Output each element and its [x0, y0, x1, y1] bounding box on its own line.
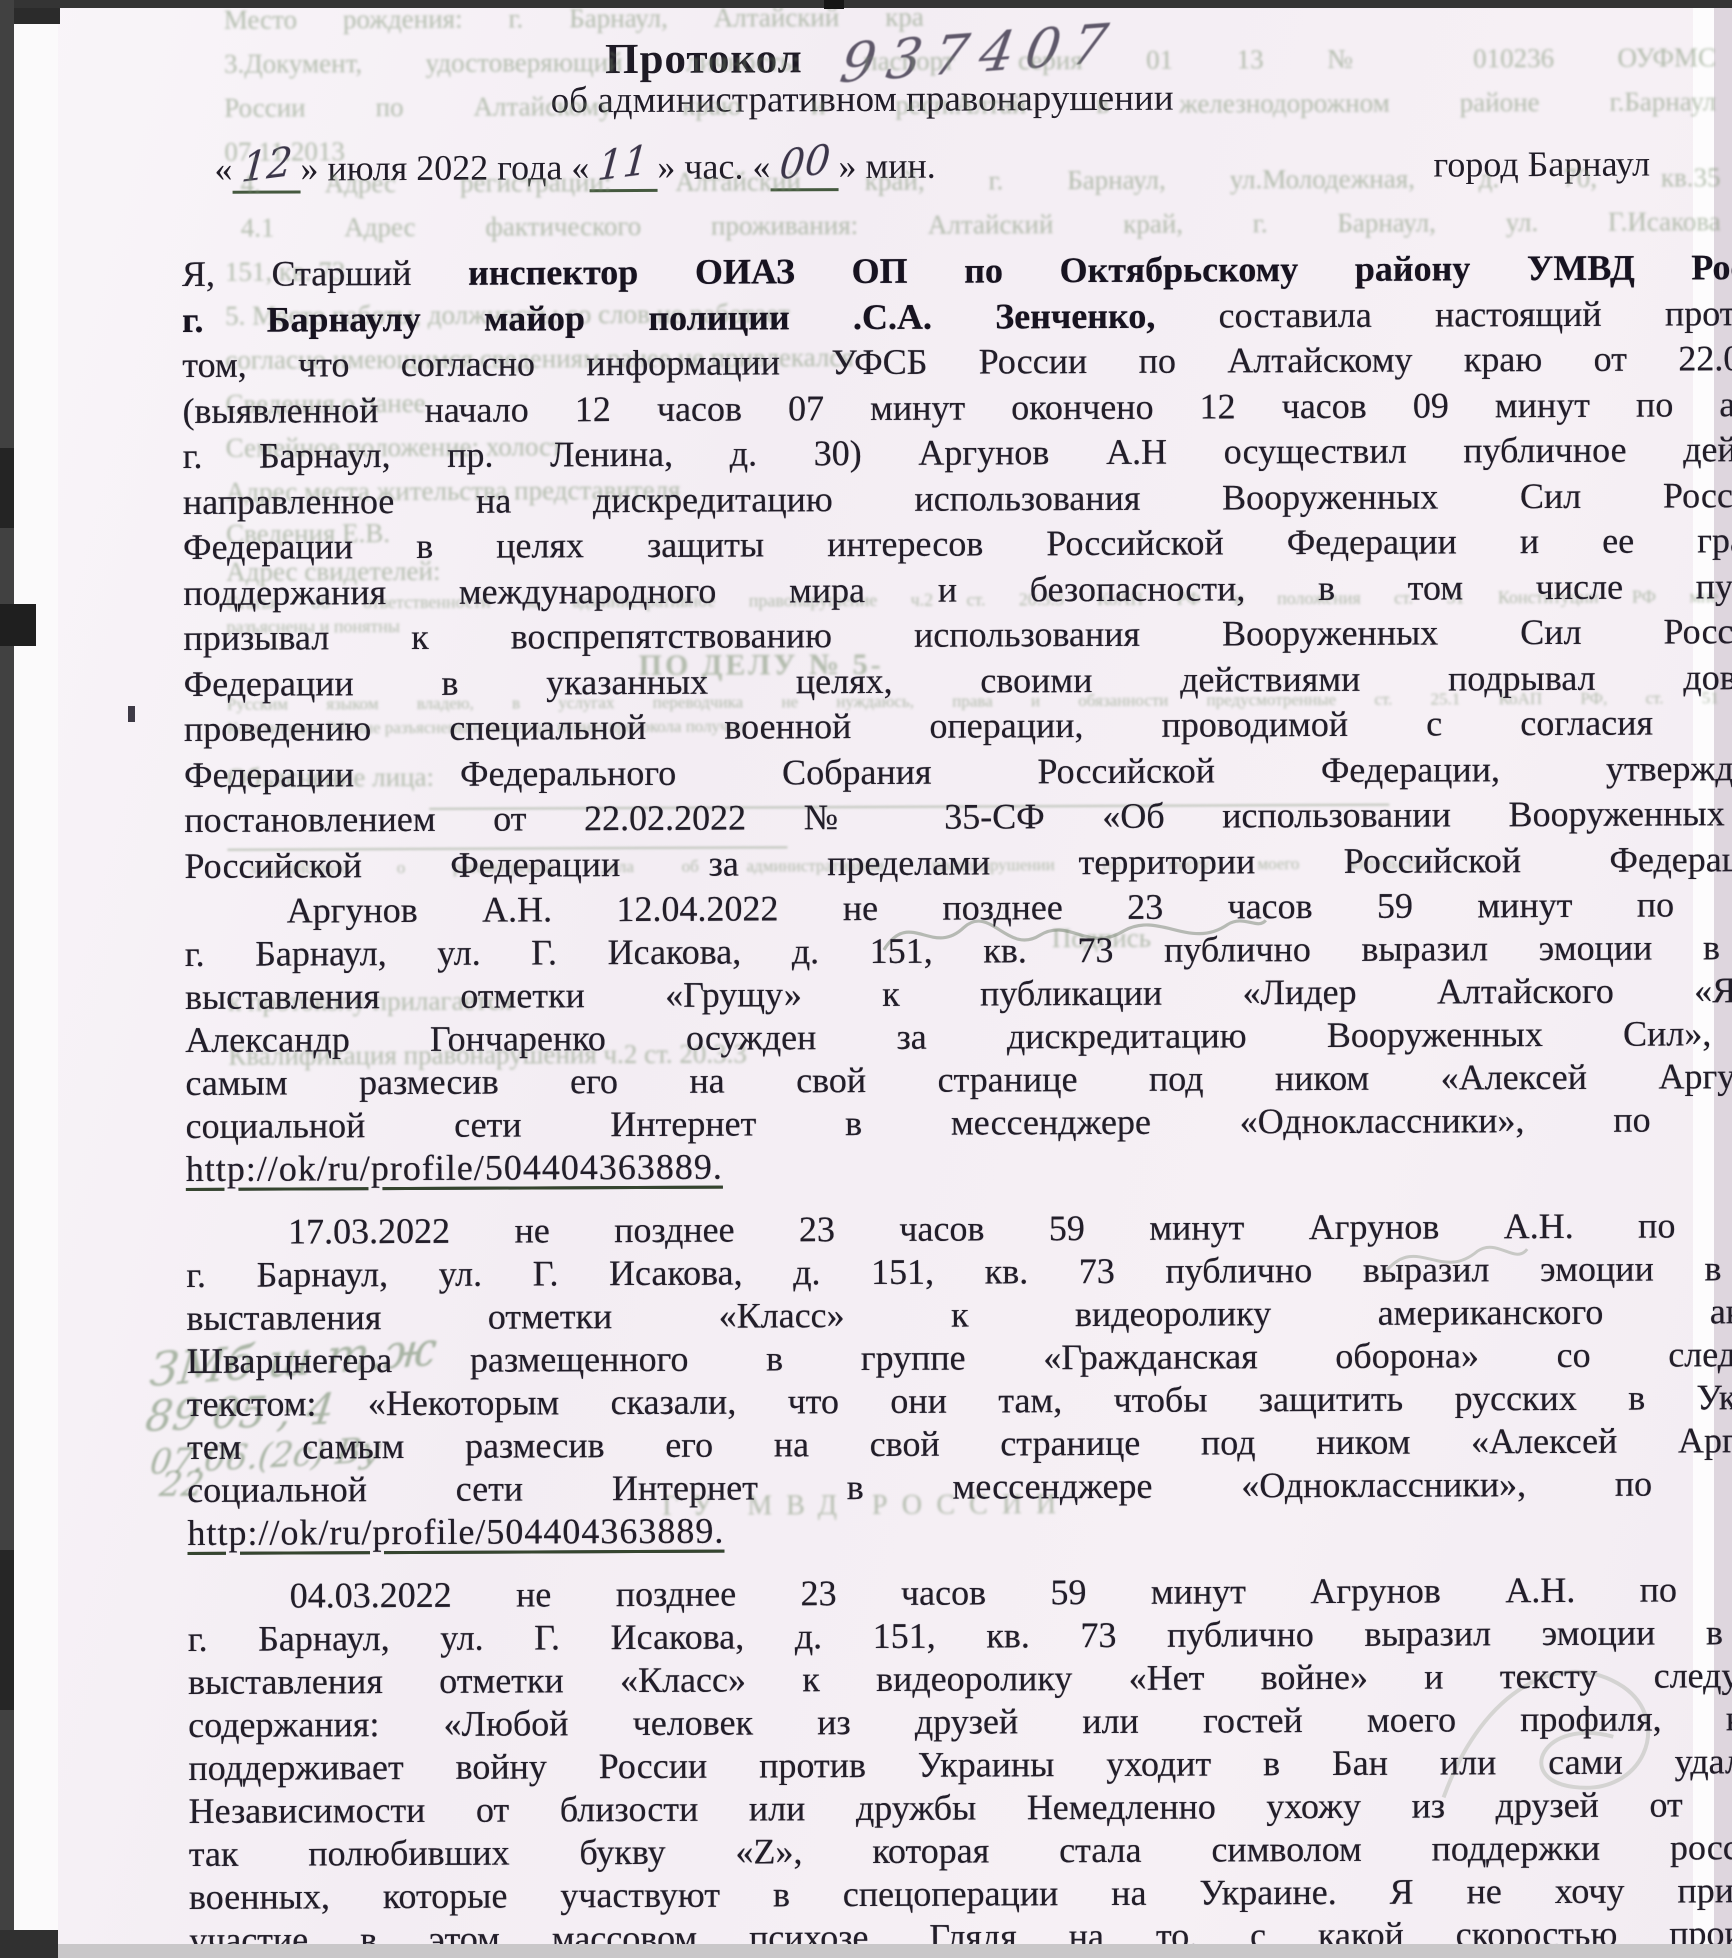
- text-run: содержания: «Любой человек из друзей или…: [188, 1698, 1732, 1745]
- profile-url-text: http://ok/ru/profile/504404363889.: [187, 1512, 724, 1554]
- text-run: постановлением от 22.02.2022 № 35-СФ «Об…: [184, 793, 1732, 840]
- text-run: г. Барнаул, ул. Г. Исакова, д. 151, кв. …: [185, 927, 1732, 974]
- document-text-line: Шварцнегера размещенного в группе «Гражд…: [187, 1335, 1732, 1382]
- text-run: Аргунов А.Н. 12.04.2022 не позднее 23 ча…: [287, 884, 1732, 931]
- body-text-layer: Я, Старший инспектор ОИАЗ ОП по Октябрьс…: [0, 0, 1732, 1958]
- text-run: том, что согласно информации УФСБ России…: [182, 338, 1732, 385]
- document-text-line: Аргунов А.Н. 12.04.2022 не позднее 23 ча…: [185, 885, 1732, 932]
- text-run: 17.03.2022 не позднее 23 часов 59 минут …: [288, 1205, 1732, 1252]
- text-run: (выявленной начало 12 часов 07 минут око…: [182, 383, 1732, 430]
- document-text-line: постановлением от 22.02.2022 № 35-СФ «Об…: [184, 794, 1732, 841]
- text-run: социальной сети Интернет в мессенджере «…: [187, 1463, 1732, 1510]
- document-text-line: поддержания международного мира и безопа…: [183, 566, 1732, 613]
- document-text-line: г. Барнаул, ул. Г. Исакова, д. 151, кв. …: [185, 928, 1732, 975]
- document-text-line: военных, которые участвуют в спецопераци…: [189, 1871, 1732, 1918]
- text-run: поддерживает войну России против Украины…: [188, 1741, 1732, 1788]
- document-text-line: том, что согласно информации УФСБ России…: [182, 339, 1732, 386]
- text-run: Федерации в целях защиты интересов Росси…: [183, 520, 1732, 567]
- text-run: проведению специальной военной операции,…: [184, 702, 1732, 749]
- text-run: поддержания международного мира и безопа…: [183, 565, 1732, 612]
- document-text-line: г. Барнаул, ул. Г. Исакова, д. 151, кв. …: [188, 1613, 1732, 1660]
- text-run: так полюбивших букву «Z», которая стала …: [189, 1827, 1732, 1874]
- text-run: Независимости от близости или дружбы Нем…: [189, 1784, 1732, 1831]
- document-text-line: (выявленной начало 12 часов 07 минут око…: [182, 384, 1732, 431]
- text-run: http://ok/ru/profile/504404363889.: [186, 1147, 723, 1189]
- scan-artifact-mark: [14, 8, 60, 24]
- document-text-line: 04.03.2022 не позднее 23 часов 59 минут …: [188, 1570, 1732, 1617]
- text-run: 04.03.2022 не позднее 23 часов 59 минут …: [290, 1569, 1732, 1616]
- text-run: выставления отметки «Класс» к видеоролик…: [186, 1291, 1732, 1338]
- scan-top-border: [0, 0, 1732, 8]
- text-run: Федерации Федерального Собрания Российск…: [184, 747, 1732, 794]
- text-run: выставления отметки «Класс» к видеоролик…: [188, 1655, 1732, 1702]
- text-run: Я, Старший: [182, 253, 468, 294]
- document-content: Место рождения: г. Барнаул, Алтайский кр…: [0, 0, 1732, 1958]
- document-text-line: самым размесив его на свой странице под …: [185, 1057, 1732, 1104]
- document-text-line: Федерации в целях защиты интересов Росси…: [183, 521, 1732, 568]
- text-run: текстом: «Некоторым сказали, что они там…: [187, 1377, 1732, 1424]
- text-run: Федерации в указанных целях, своими дейс…: [184, 656, 1732, 703]
- text-run: г. Барнаул, ул. Г. Исакова, д. 151, кв. …: [186, 1248, 1732, 1295]
- text-run: выставления отметки «Грущу» к публикации…: [185, 970, 1732, 1017]
- text-run: Шварцнегера размещенного в группе «Гражд…: [187, 1334, 1732, 1381]
- scan-artifact-mark: [0, 1930, 58, 1958]
- document-text-line: призывал к воспрепятствованию использова…: [183, 612, 1732, 659]
- text-run: Российской Федерации за пределами террит…: [184, 838, 1732, 885]
- text-run: г. Барнаулу майор полиции .С.А. Зенченко…: [182, 295, 1155, 339]
- profile-url-text: http://ok/ru/profile/504404363889.: [186, 1148, 723, 1190]
- text-run: социальной сети Интернет в мессенджере «…: [186, 1099, 1732, 1146]
- text-run: самым размесив его на свой странице под …: [185, 1056, 1732, 1103]
- document-text-line: текстом: «Некоторым сказали, что они там…: [187, 1378, 1732, 1425]
- document-text-line: г. Барнаул, ул. Г. Исакова, д. 151, кв. …: [186, 1249, 1732, 1296]
- document-text-line: так полюбивших букву «Z», которая стала …: [189, 1828, 1732, 1875]
- document-text-line: социальной сети Интернет в мессенджере «…: [187, 1464, 1732, 1511]
- document-text-line: проведению специальной военной операции,…: [184, 703, 1732, 750]
- document-text-line: Независимости от близости или дружбы Нем…: [189, 1785, 1732, 1832]
- document-text-line: социальной сети Интернет в мессенджере «…: [186, 1100, 1732, 1147]
- document-text-line: Федерации Федерального Собрания Российск…: [184, 748, 1732, 795]
- document-text-line: тем самым размесив его на свой странице …: [187, 1421, 1732, 1468]
- scan-artifact-mark: [0, 448, 14, 528]
- scan-artifact-mark: [0, 604, 36, 646]
- text-run: военных, которые участвуют в спецопераци…: [189, 1870, 1732, 1917]
- document-text-line: 17.03.2022 не позднее 23 часов 59 минут …: [186, 1206, 1732, 1253]
- document-text-line: г. Барнаул, пр. Ленина, д. 30) Аргунов А…: [183, 430, 1732, 477]
- text-run: Александр Гончаренко осужден за дискреди…: [185, 1013, 1732, 1060]
- scan-artifact-mark: [0, 1550, 14, 1710]
- document-text-line: Я, Старший инспектор ОИАЗ ОП по Октябрьс…: [182, 248, 1732, 295]
- document-text-line: выставления отметки «Класс» к видеоролик…: [188, 1656, 1732, 1703]
- text-run: г. Барнаул, ул. Г. Исакова, д. 151, кв. …: [188, 1612, 1732, 1659]
- text-run: тем самым размесив его на свой странице …: [187, 1420, 1732, 1467]
- scan-artifact-mark: [824, 0, 844, 9]
- text-run: составила настоящий протокол: [1155, 292, 1732, 335]
- scan-bottom-strip: [56, 1944, 1732, 1958]
- document-text-line: направленное на дискредитацию использова…: [183, 475, 1732, 522]
- document-text-line: г. Барнаулу майор полиции .С.А. Зенченко…: [182, 293, 1732, 340]
- document-text-line: содержания: «Любой человек из друзей или…: [188, 1699, 1732, 1746]
- text-run: призывал к воспрепятствованию использова…: [183, 611, 1732, 658]
- text-run: направленное на дискредитацию использова…: [183, 474, 1732, 521]
- text-run: г. Барнаул, пр. Ленина, д. 30) Аргунов А…: [183, 429, 1732, 476]
- document-text-line: Российской Федерации за пределами террит…: [184, 839, 1732, 886]
- text-run: http://ok/ru/profile/504404363889.: [187, 1511, 724, 1553]
- document-text-line: Александр Гончаренко осужден за дискреди…: [185, 1014, 1732, 1061]
- text-run: инспектор ОИАЗ ОП по Октябрьскому району…: [468, 247, 1732, 293]
- document-text-line: выставления отметки «Грущу» к публикации…: [185, 971, 1732, 1018]
- document-text-line: поддерживает войну России против Украины…: [188, 1742, 1732, 1789]
- scan-artifact-mark: [128, 706, 135, 722]
- document-text-line: выставления отметки «Класс» к видеоролик…: [186, 1292, 1732, 1339]
- document-text-line: Федерации в указанных целях, своими дейс…: [184, 657, 1732, 704]
